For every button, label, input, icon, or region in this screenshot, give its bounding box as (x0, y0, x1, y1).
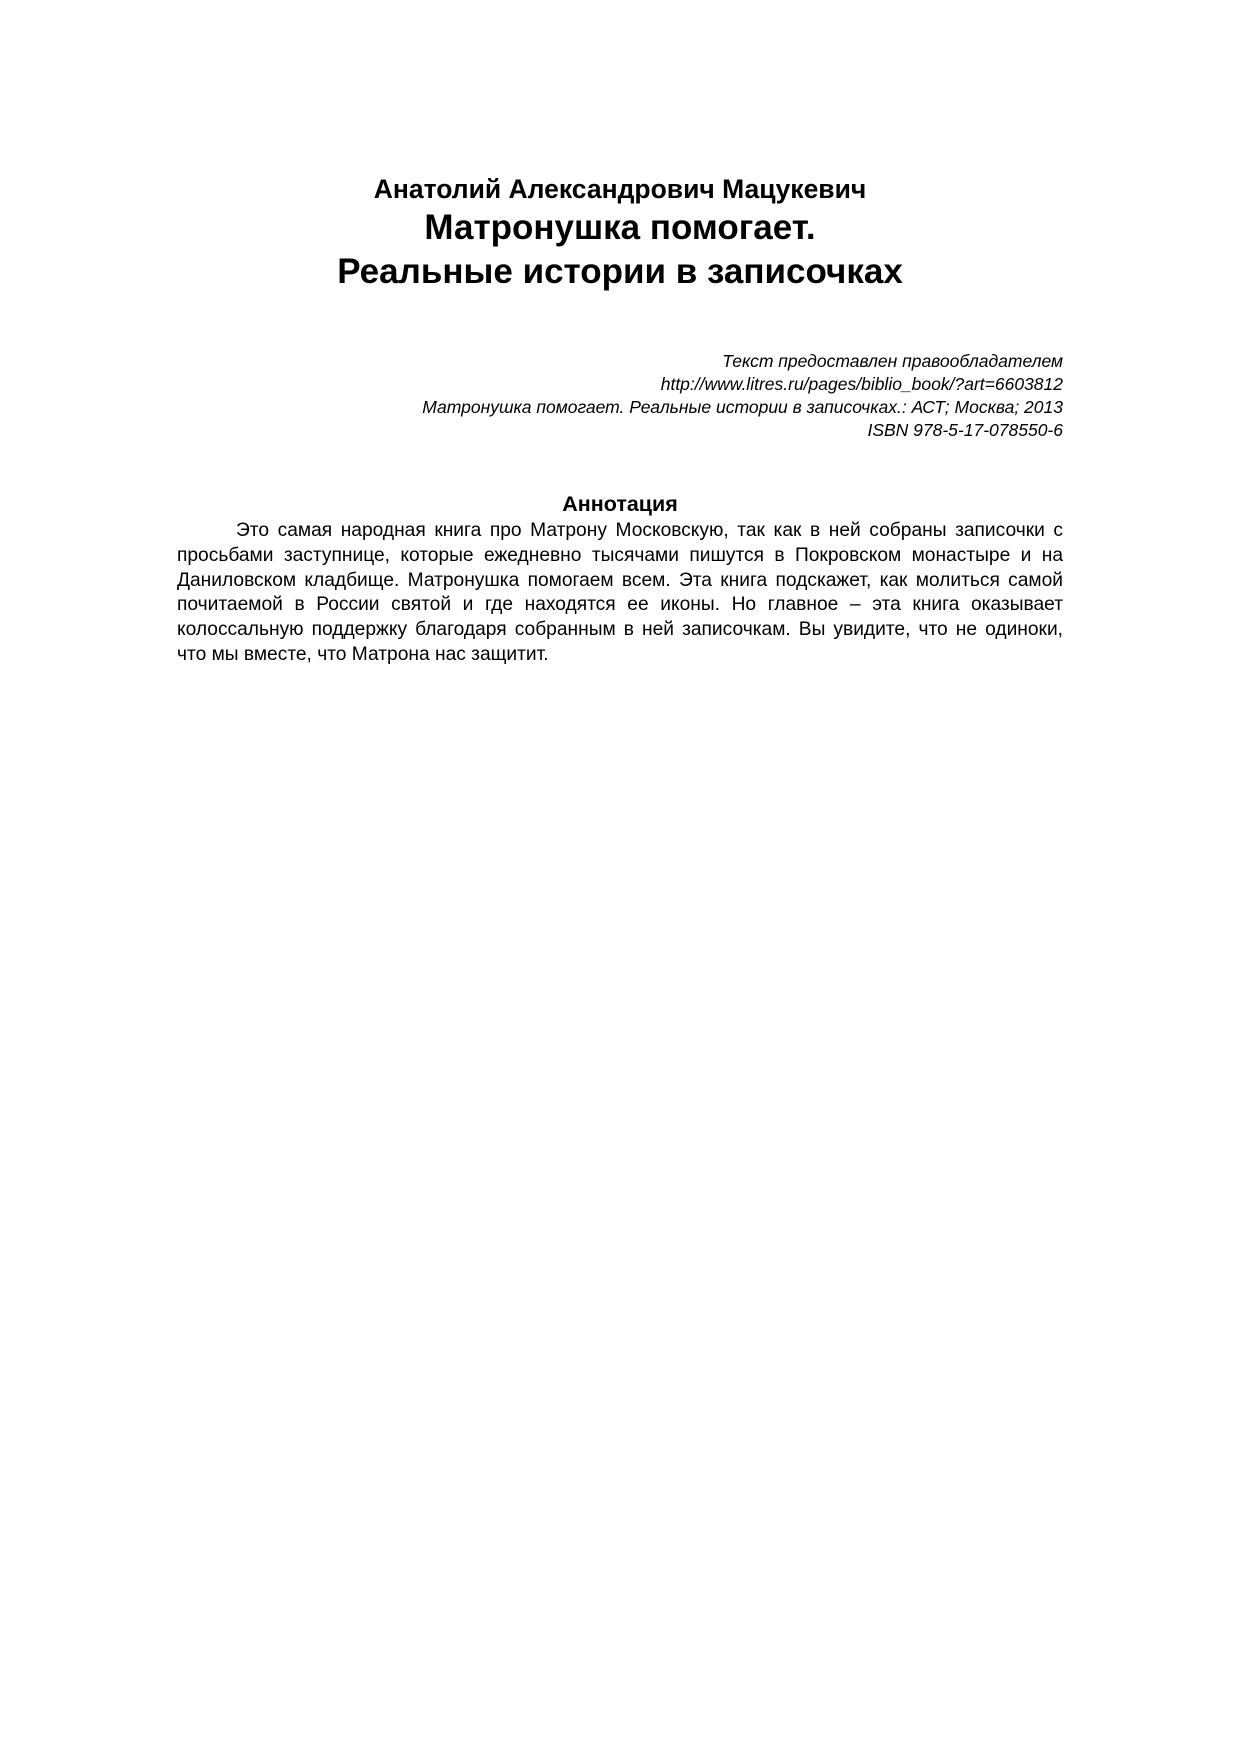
book-title-line-1: Матронушка помогает. (177, 206, 1063, 250)
source-url: http://www.litres.ru/pages/biblio_book/?… (177, 373, 1063, 396)
rights-holder-note: Текст предоставлен правообладателем (177, 350, 1063, 373)
book-title-line-2: Реальные истории в записочках (177, 250, 1063, 294)
title-block: Анатолий Александрович Мацукевич Матрону… (177, 172, 1063, 294)
publication-info: Текст предоставлен правообладателем http… (177, 350, 1063, 442)
publication-details: Матронушка помогает. Реальные истории в … (177, 396, 1063, 419)
annotation-text: Это самая народная книга про Матрону Мос… (177, 519, 1063, 668)
isbn: ISBN 978-5-17-078550-6 (177, 419, 1063, 442)
author-name: Анатолий Александрович Мацукевич (177, 172, 1063, 206)
annotation-heading: Аннотация (177, 490, 1063, 518)
